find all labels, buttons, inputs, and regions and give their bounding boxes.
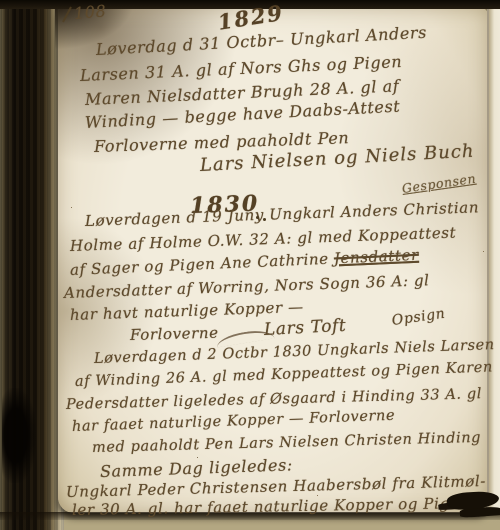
manuscript-scan: 108 1829 Løverdag d 31 Octbr– Ungkarl An…: [0, 0, 500, 530]
forlovere-label: Forloverne: [130, 324, 219, 344]
adjacent-page-edge: [487, 9, 500, 514]
foxing-specks: [256, 216, 259, 219]
page-number: 108: [73, 1, 107, 23]
binding-dark-patch: [2, 388, 36, 483]
struck-word: Jensdatter: [334, 246, 420, 268]
